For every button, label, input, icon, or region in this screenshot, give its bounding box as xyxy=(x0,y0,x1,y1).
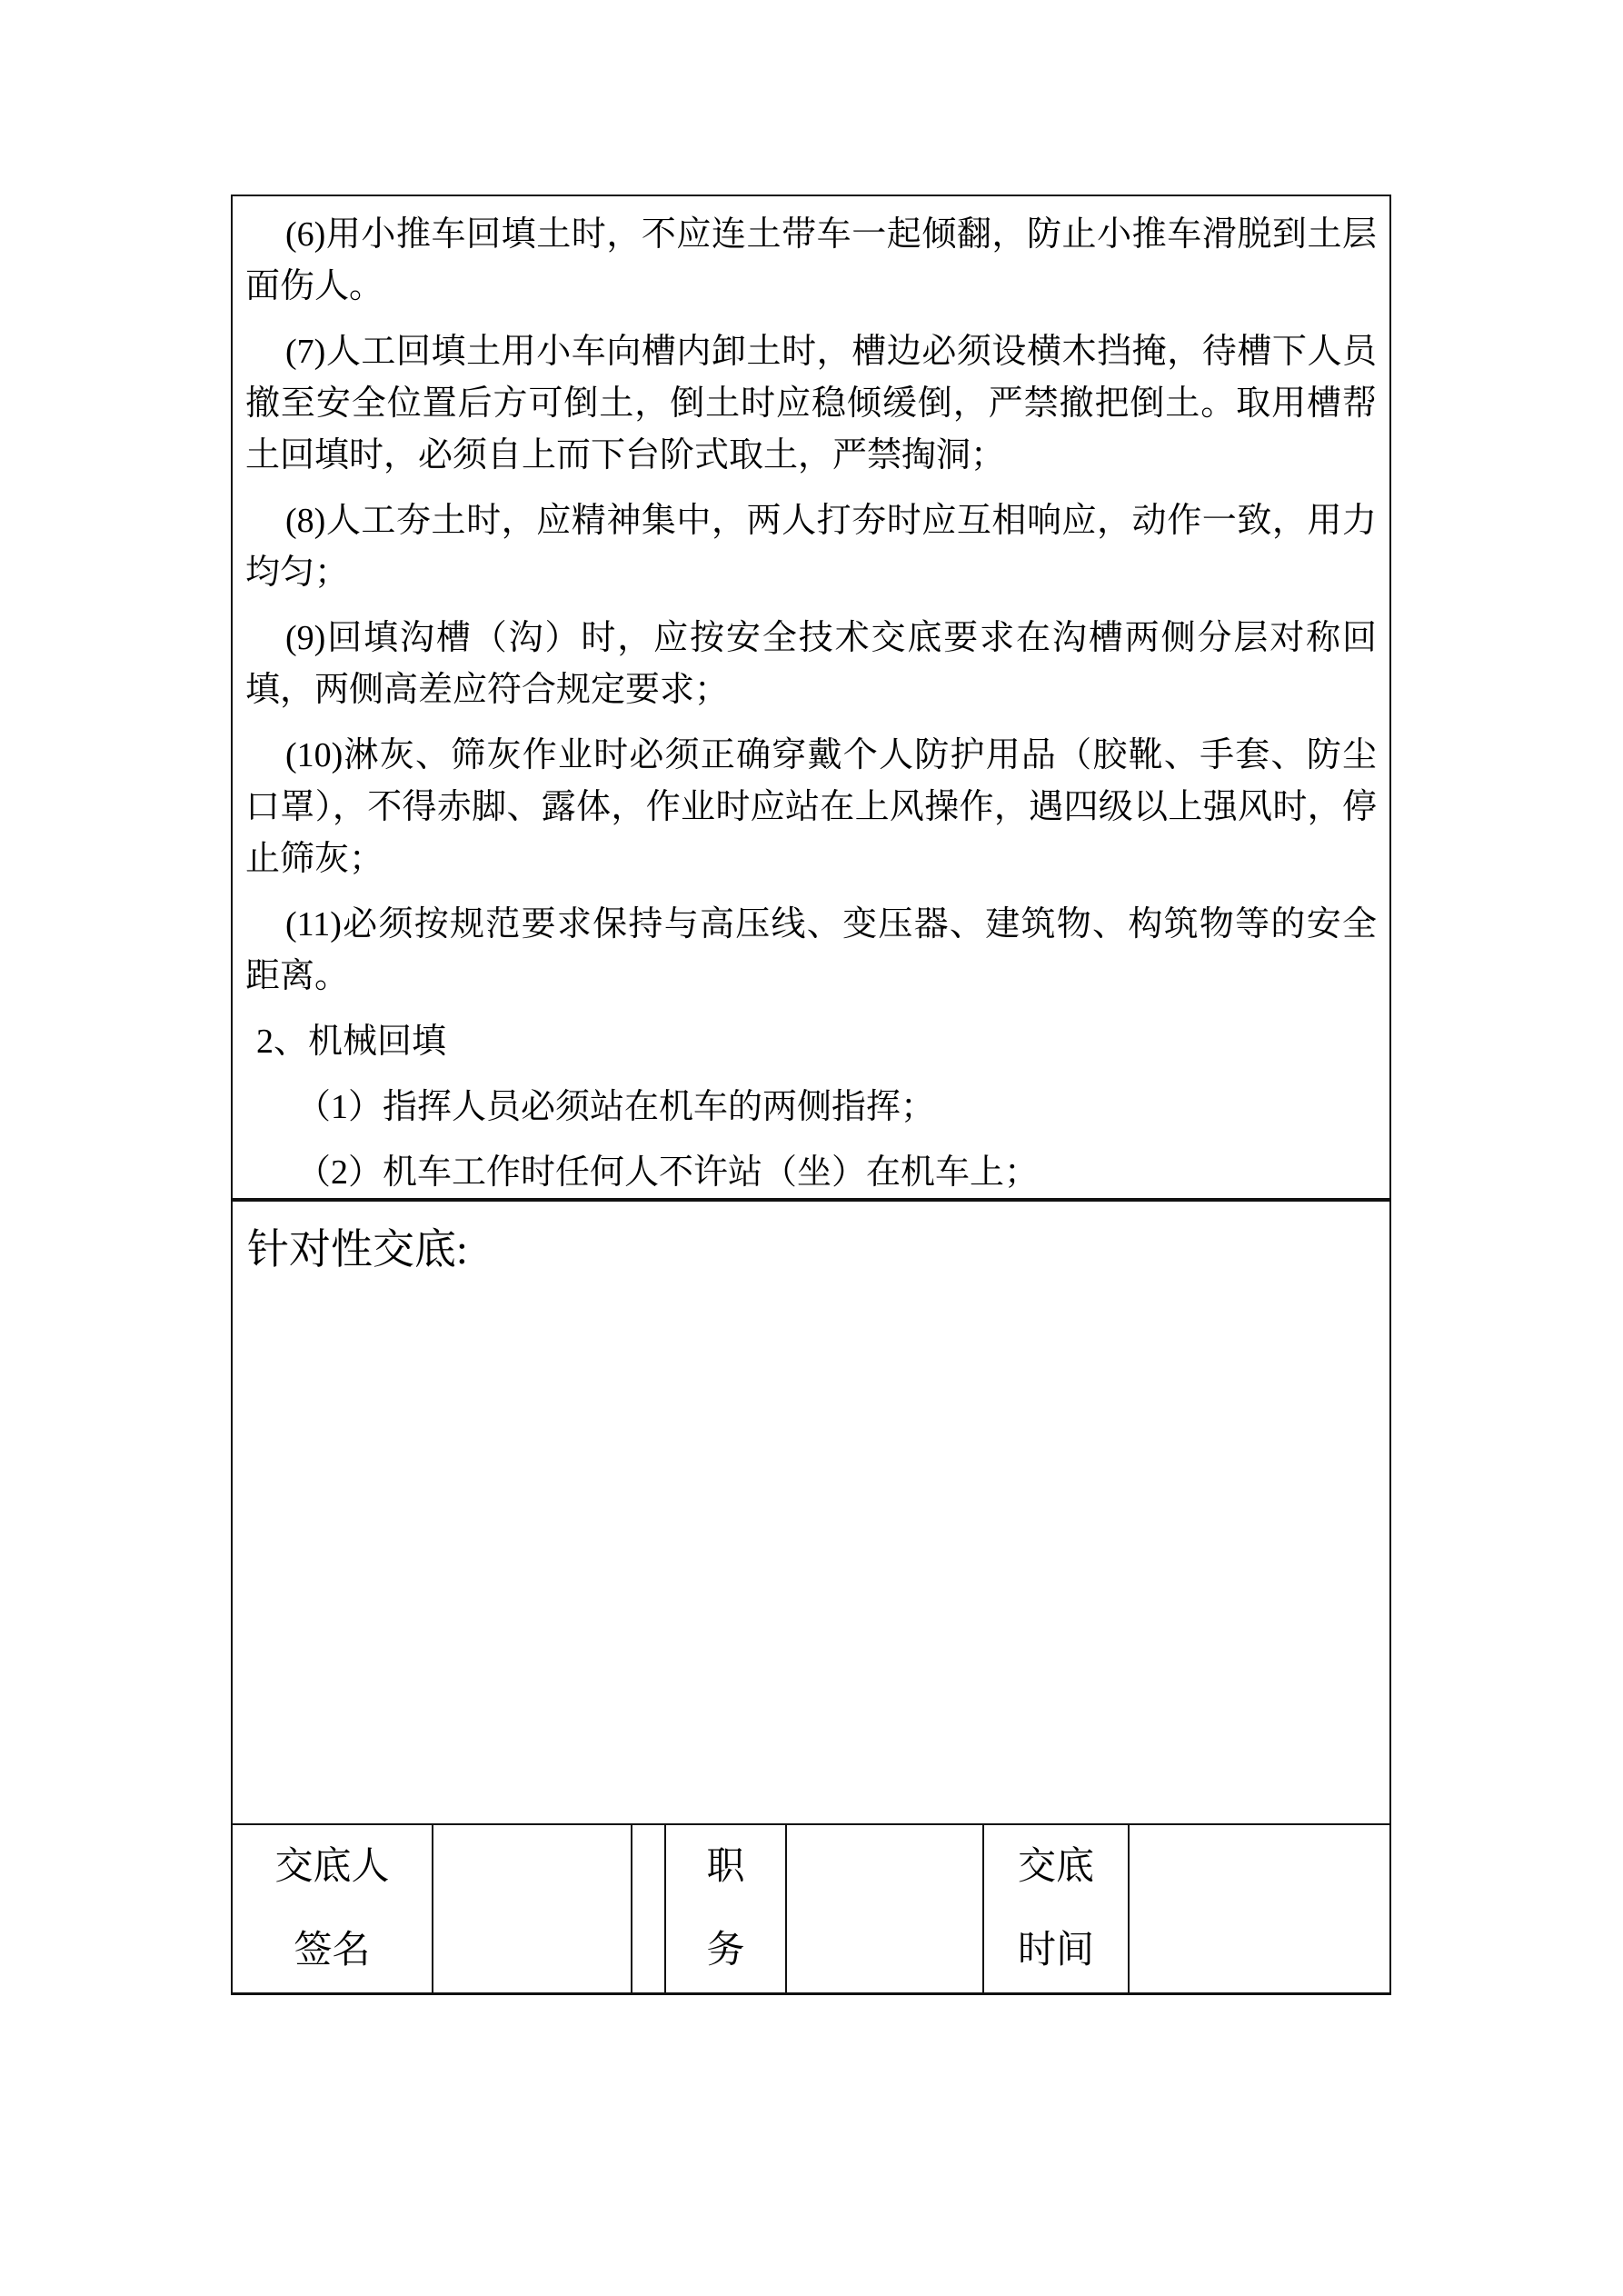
safety-item-6: (6)用小推车回填土时，不应连土带车一起倾翻，防止小推车滑脱到土层面伤人。 xyxy=(245,209,1377,313)
time-label-line2: 时间 xyxy=(1018,1909,1094,1992)
discloser-signature-value-cell[interactable] xyxy=(433,1825,632,1992)
mechanical-item-1: （1）指挥人员必须站在机车的两侧指挥； xyxy=(245,1082,1377,1133)
safety-item-10: (10)淋灰、筛灰作业时必须正确穿戴个人防护用品（胶靴、手套、防尘口罩），不得赤… xyxy=(245,730,1377,885)
targeted-disclosure-label: 针对性交底: xyxy=(247,1226,468,1273)
position-label-line2: 务 xyxy=(706,1909,744,1992)
safety-disclosure-table: (6)用小推车回填土时，不应连土带车一起倾翻，防止小推车滑脱到土层面伤人。 (7… xyxy=(231,195,1391,1995)
position-label-line1: 职 xyxy=(706,1825,744,1909)
disclosure-time-label-cell: 交底 时间 xyxy=(984,1825,1130,1992)
mechanical-backfill-heading: 2、机械回填 xyxy=(245,1016,1377,1068)
safety-item-11: (11)必须按规范要求保持与高压线、变压器、建筑物、构筑物等的安全距离。 xyxy=(245,899,1377,1003)
safety-item-7: (7)人工回填土用小车向槽内卸土时，槽边必须设横木挡掩，待槽下人员撤至安全位置后… xyxy=(245,326,1377,482)
targeted-disclosure-cell: 针对性交底: xyxy=(233,1198,1389,1823)
discloser-signature-label-cell: 交底人 签名 xyxy=(233,1825,433,1992)
time-label-line1: 交底 xyxy=(1018,1825,1094,1909)
mechanical-item-2: （2）机车工作时任何人不许站（坐）在机车上； xyxy=(245,1147,1377,1198)
position-label-cell: 职 务 xyxy=(666,1825,787,1992)
safety-content-cell: (6)用小推车回填土时，不应连土带车一起倾翻，防止小推车滑脱到土层面伤人。 (7… xyxy=(233,196,1389,1198)
discloser-label-line2: 签名 xyxy=(294,1909,370,1992)
discloser-label-line1: 交底人 xyxy=(274,1825,389,1909)
document-page: (6)用小推车回填土时，不应连土带车一起倾翻，防止小推车滑脱到土层面伤人。 (7… xyxy=(0,0,1623,2296)
disclosure-time-value-cell[interactable] xyxy=(1130,1825,1389,1992)
safety-item-9: (9)回填沟槽（沟）时，应按安全技术交底要求在沟槽两侧分层对称回填，两侧高差应符… xyxy=(245,613,1377,716)
signature-row: 交底人 签名 职 务 交底 时间 xyxy=(233,1823,1389,1992)
spacer-cell xyxy=(632,1825,666,1992)
safety-item-8: (8)人工夯土时，应精神集中，两人打夯时应互相响应，动作一致，用力均匀； xyxy=(245,495,1377,599)
position-value-cell[interactable] xyxy=(787,1825,984,1992)
